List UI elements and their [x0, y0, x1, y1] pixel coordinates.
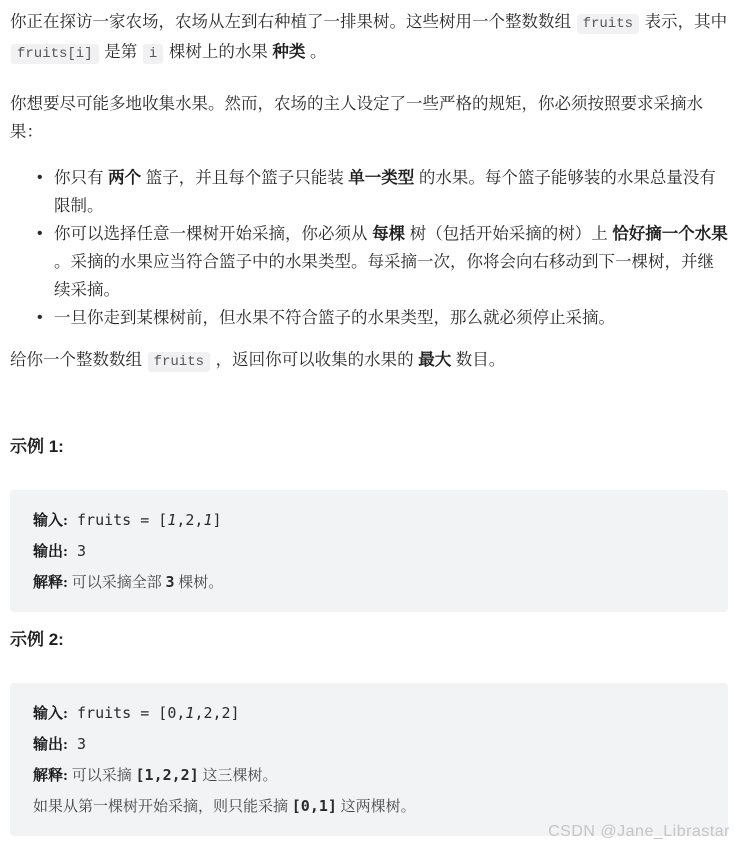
explain-text: 这两棵树。 — [337, 799, 416, 815]
explain-label: 解释: — [33, 768, 68, 784]
explain-text: 棵树。 — [175, 575, 224, 591]
intro-paragraph-1: 你正在探访一家农场，农场从左到右种植了一排果树。这些树用一个整数数组 fruit… — [10, 8, 728, 68]
text-run: 表示，其中 — [645, 13, 728, 31]
text-run: 你可以选择任意一棵树开始采摘，你必须从 — [54, 225, 368, 243]
bullet-dot: • — [37, 164, 43, 192]
explain-text: 这三棵树。 — [199, 768, 278, 784]
text-run: 你只有 — [54, 169, 104, 187]
inline-code-i: i — [143, 44, 163, 64]
intro-paragraph-2: 你想要尽可能多地收集水果。然而，农场的主人设定了一些严格的规矩，你必须按照要求采… — [10, 90, 728, 146]
code-run: 3 — [68, 542, 86, 560]
example2-heading: 示例 2: — [10, 629, 728, 651]
bold-run-kind: 种类 — [272, 43, 305, 61]
rule-item-baskets: •你只有 两个 篮子，并且每个篮子只能装 单一类型 的水果。每个篮子能够装的水果… — [10, 164, 728, 220]
text-run: 篮子，并且每个篮子只能装 — [146, 169, 344, 187]
example1-explain-line: 解释: 可以采摘全部 3 棵树。 — [33, 567, 705, 598]
text-run: 数目。 — [456, 351, 506, 369]
bold-run-two: 两个 — [108, 169, 141, 187]
example1-output-line: 输出: 3 — [33, 536, 705, 567]
example2-output-line: 输出: 3 — [33, 729, 705, 760]
bullet-dot: • — [37, 304, 43, 332]
bold-run-exactly-one: 恰好摘一个水果 — [612, 225, 728, 243]
code-run: ,2,2] — [194, 704, 239, 722]
rule-item-stop: •一旦你走到某棵树前，但水果不符合篮子的水果类型，那么就必须停止采摘。 — [10, 304, 728, 332]
example2-input-line: 输入: fruits = [0,1,2,2] — [33, 698, 705, 729]
text-run: 是第 — [104, 43, 137, 61]
problem-description-page: 你正在探访一家农场，农场从左到右种植了一排果树。这些树用一个整数数组 fruit… — [0, 0, 738, 854]
code-run-bold: [0,1] — [292, 797, 337, 815]
input-label: 输入: — [33, 706, 68, 722]
task-paragraph: 给你一个整数数组 fruits ，返回你可以收集的水果的 最大 数目。 — [10, 346, 728, 376]
explain-label: 解释: — [33, 575, 68, 591]
bold-run-max: 最大 — [418, 351, 451, 369]
code-run: ] — [213, 511, 222, 529]
inline-code-fruits-i: fruits[i] — [11, 44, 99, 64]
code-run: fruits = [0, — [68, 704, 185, 722]
csdn-watermark: CSDN @Jane_Librastar — [548, 818, 730, 846]
inline-code-fruits: fruits — [148, 352, 210, 372]
bullet-dot: • — [37, 220, 43, 248]
code-run-italic-one: 1 — [203, 511, 212, 529]
example1-heading: 示例 1: — [10, 436, 728, 458]
text-run: 树（包括开始采摘的树）上 — [410, 225, 608, 243]
example2-explain-line: 解释: 可以采摘 [1,2,2] 这三棵树。 — [33, 760, 705, 791]
text-run: 你正在探访一家农场，农场从左到右种植了一排果树。这些树用一个整数数组 — [10, 13, 571, 31]
inline-code-fruits: fruits — [577, 14, 639, 34]
text-run: 一旦你走到某棵树前，但水果不符合篮子的水果类型，那么就必须停止采摘。 — [54, 309, 615, 327]
example1-box: 输入: fruits = [1,2,1] 输出: 3 解释: 可以采摘全部 3 … — [10, 490, 728, 612]
output-label: 输出: — [33, 737, 68, 753]
code-run: fruits = [ — [68, 511, 167, 529]
code-run-bold: [1,2,2] — [136, 766, 199, 784]
output-label: 输出: — [33, 544, 68, 560]
explain-text: 如果从第一棵树开始采摘，则只能采摘 — [33, 799, 292, 815]
rules-list: •你只有 两个 篮子，并且每个篮子只能装 单一类型 的水果。每个篮子能够装的水果… — [10, 164, 728, 332]
text-run: 给你一个整数数组 — [10, 351, 142, 369]
code-run-bold: 3 — [166, 573, 175, 591]
text-run: ，返回你可以收集的水果的 — [216, 351, 414, 369]
text-run: 。采摘的水果应当符合篮子中的水果类型。每采摘一次，你将会向右移动到下一棵树，并继… — [54, 253, 714, 299]
rule-item-picking: •你可以选择任意一棵树开始采摘，你必须从 每棵 树（包括开始采摘的树）上 恰好摘… — [10, 220, 728, 304]
text-run: 棵树上的水果 — [169, 43, 268, 61]
example1-input-line: 输入: fruits = [1,2,1] — [33, 505, 705, 536]
code-run: ,2, — [176, 511, 203, 529]
bold-run-every-tree: 每棵 — [372, 225, 405, 243]
input-label: 输入: — [33, 513, 68, 529]
explain-text: 可以采摘 — [68, 768, 136, 784]
explain-text: 可以采摘全部 — [68, 575, 166, 591]
code-run: 3 — [68, 735, 86, 753]
example2-box: 输入: fruits = [0,1,2,2] 输出: 3 解释: 可以采摘 [1… — [10, 683, 728, 836]
bold-run-single-type: 单一类型 — [348, 169, 414, 187]
text-run: 。 — [310, 43, 327, 61]
